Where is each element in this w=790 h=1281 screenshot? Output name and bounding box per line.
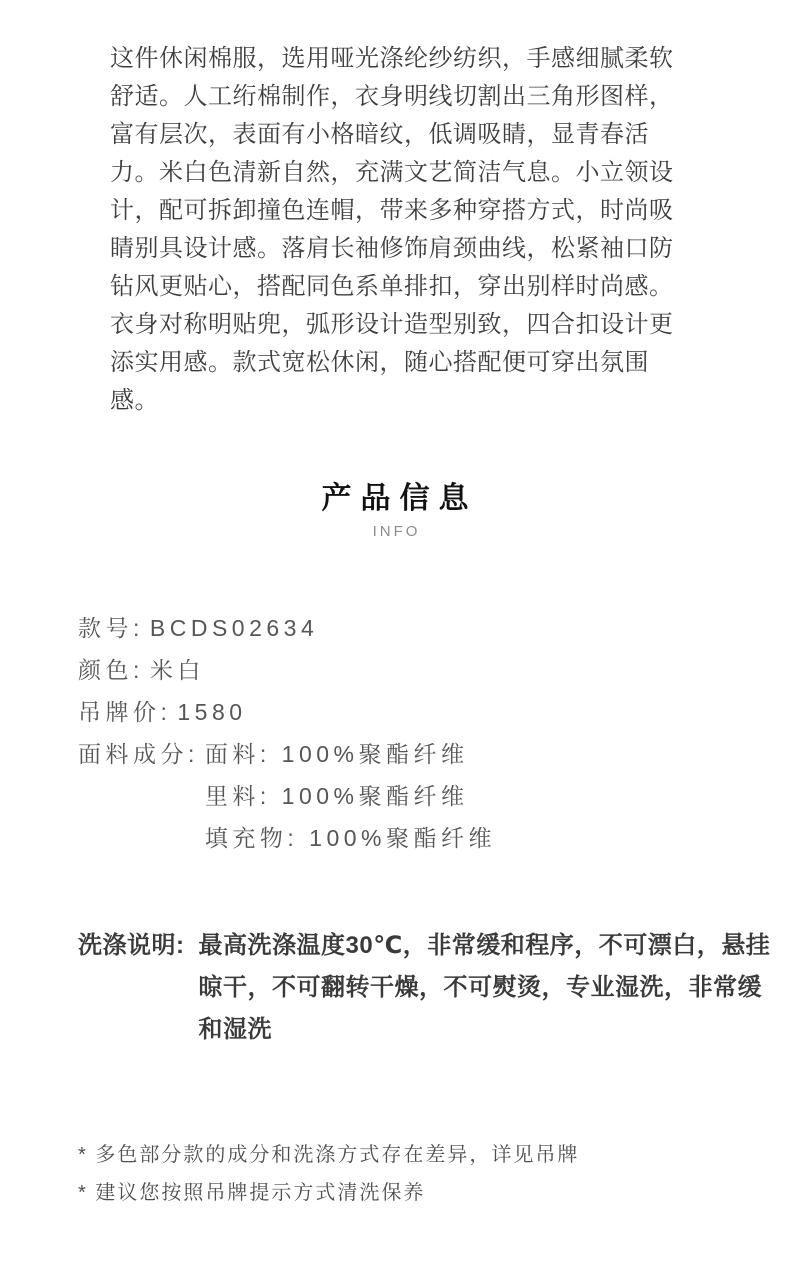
- product-description: 这件休闲棉服，选用哑光涤纶纱纺织，手感细腻柔软 舒适。人工绗棉制作，衣身明线切割…: [110, 40, 710, 420]
- fabric-composition-value: 面料: 100%聚酯纤维 里料: 100%聚酯纤维 填充物: 100%聚酯纤维: [205, 733, 496, 859]
- product-details-list: 款号: BCDS02634 颜色: 米白 吊牌价: 1580 面料成分: 面料:…: [78, 607, 496, 859]
- color-value: 米白: [150, 649, 205, 691]
- footnotes: * 多色部分款的成分和洗涤方式存在差异，详见吊牌 * 建议您按照吊牌提示方式清洗…: [78, 1140, 579, 1216]
- tag-price-label: 吊牌价:: [78, 691, 171, 733]
- product-info-page: 这件休闲棉服，选用哑光涤纶纱纺织，手感细腻柔软 舒适。人工绗棉制作，衣身明线切割…: [0, 0, 790, 1281]
- detail-row-tag-price: 吊牌价: 1580: [78, 691, 496, 733]
- wash-instructions-row: 洗涤说明: 最高洗涤温度30℃，非常缓和程序，不可漂白，悬挂 晾干，不可翻转干燥…: [78, 925, 770, 1051]
- detail-row-fabric-composition: 面料成分: 面料: 100%聚酯纤维 里料: 100%聚酯纤维 填充物: 100…: [78, 733, 496, 859]
- detail-row-style-number: 款号: BCDS02634: [78, 607, 496, 649]
- style-number-label: 款号:: [78, 607, 144, 649]
- color-label: 颜色:: [78, 649, 144, 691]
- wash-instructions-text: 最高洗涤温度30℃，非常缓和程序，不可漂白，悬挂 晾干，不可翻转干燥，不可熨烫，…: [199, 925, 771, 1051]
- section-subtitle: INFO: [0, 524, 790, 540]
- wash-instructions-label: 洗涤说明:: [78, 925, 185, 967]
- tag-price-value: 1580: [177, 691, 246, 733]
- section-header: 产品信息 INFO: [0, 483, 790, 540]
- fabric-composition-label: 面料成分:: [78, 733, 199, 775]
- style-number-value: BCDS02634: [150, 607, 318, 649]
- footnote-care-advice: * 建议您按照吊牌提示方式清洗保养: [78, 1178, 579, 1208]
- section-title: 产品信息: [0, 483, 790, 515]
- footnote-composition-difference: * 多色部分款的成分和洗涤方式存在差异，详见吊牌: [78, 1140, 579, 1170]
- detail-row-color: 颜色: 米白: [78, 649, 496, 691]
